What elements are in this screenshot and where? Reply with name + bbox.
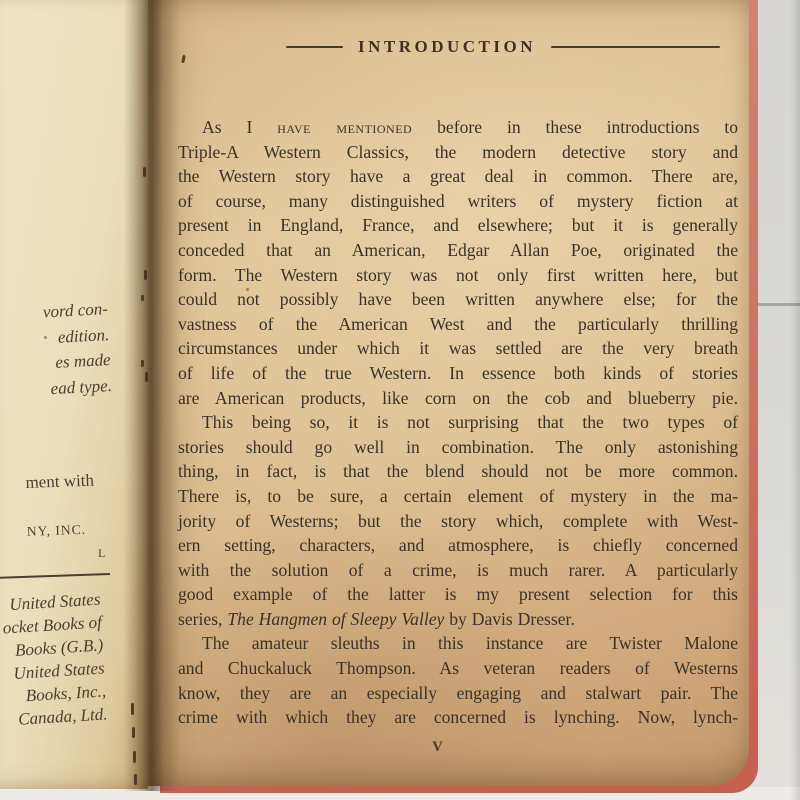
- body-line: stories should go well in combination. T…: [178, 435, 738, 460]
- left-page-notice-fragment: vord con-edition.es madeead type.: [0, 296, 113, 406]
- body-line: vastness of the American West and the pa…: [178, 312, 738, 337]
- left-page-signature-letter: L: [98, 546, 106, 561]
- stitch-mark: [133, 751, 136, 763]
- body-text-segment: series,: [178, 609, 227, 629]
- body-line: crime with which they are concerned is l…: [178, 705, 738, 730]
- body-text-segment: by Davis Dresser.: [444, 609, 575, 629]
- body-line: know, they are an especially engaging an…: [178, 681, 738, 706]
- body-line: series, The Hangmen of Sleepy Valley by …: [178, 607, 738, 632]
- body-line: jority of Westerns; but the story which,…: [178, 509, 738, 534]
- body-line: form. The Western story was not only fir…: [178, 263, 738, 288]
- body-line: good example of the latter is my present…: [178, 582, 738, 607]
- body-line: the Western story have a great deal in c…: [178, 164, 738, 189]
- body-text-segment: before in these introductions to: [412, 117, 738, 137]
- body-line: This being so, it is not surprising that…: [178, 410, 738, 435]
- body-line: The amateur sleuths in this instance are…: [178, 631, 738, 656]
- stitch-mark: [145, 372, 148, 382]
- background-shadow: [790, 0, 800, 800]
- stitch-mark: [143, 167, 146, 177]
- stitch-mark: [132, 727, 135, 738]
- body-line: Triple-A Western Classics, the modern de…: [178, 140, 738, 165]
- body-line: There is, to be sure, a certain element …: [178, 484, 738, 509]
- body-line: could not possibly have been written any…: [178, 287, 738, 312]
- page-title: INTRODUCTION: [358, 37, 536, 57]
- body-line: As I have mentioned before in these intr…: [178, 115, 738, 140]
- stitch-mark: [141, 360, 144, 367]
- stitch-mark: [141, 295, 144, 301]
- left-page-distribution-fragment: United Statesocket Books ofBooks (G.B.)U…: [0, 588, 108, 735]
- book-photo: vord con-edition.es madeead type. ment w…: [0, 0, 800, 800]
- stitch-mark: [134, 774, 137, 785]
- body-line: are American products, like corn on the …: [178, 386, 738, 411]
- book-gutter-crease: [124, 0, 180, 791]
- body-line: thing, in fact, is that the blend should…: [178, 459, 738, 484]
- stitch-mark: [144, 270, 147, 280]
- body-text-segment: As I: [202, 117, 277, 137]
- body-line: and Chuckaluck Thompson. As veteran read…: [178, 656, 738, 681]
- heading-rule-right: [551, 46, 720, 49]
- body-line: present in England, France, and elsewher…: [178, 213, 738, 238]
- introduction-body-text: As I have mentioned before in these intr…: [178, 115, 738, 730]
- book-title-italic: The Hangmen of Sleepy Valley: [227, 609, 444, 629]
- body-line: of course, many distinguished writers of…: [178, 189, 738, 214]
- body-line: with the solution of a crime, is much ra…: [178, 558, 738, 583]
- page-number: V: [158, 739, 718, 756]
- body-line: ern setting, characters, and atmosphere,…: [178, 533, 738, 558]
- stitch-mark: [131, 703, 134, 715]
- body-line: circumstances under which it was settled…: [178, 336, 738, 361]
- body-line: of life of the true Western. In essence …: [178, 361, 738, 386]
- heading-rule-left: [286, 46, 343, 49]
- chapter-heading: INTRODUCTION: [286, 37, 720, 57]
- small-caps-text: have mentioned: [277, 117, 412, 137]
- body-line: conceded that an American, Edgar Allan P…: [178, 238, 738, 263]
